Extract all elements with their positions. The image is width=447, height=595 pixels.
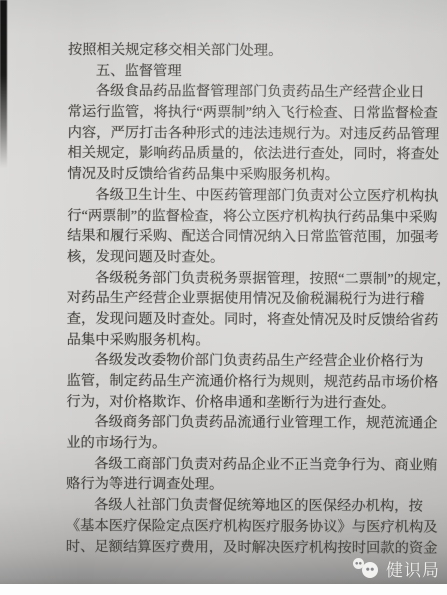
text-line: 各级卫生计生、中医药管理部门负责对公立医疗机构执 bbox=[67, 185, 423, 207]
text-line: 内容，严厉打击各种形式的违法违规行为。对违反药品管理 bbox=[68, 123, 424, 145]
text-line: 监管，制定药品生产流通价格行为规则，规范药品市场价格 bbox=[66, 371, 422, 393]
text-line: 行“两票制”的监督检查，将公立医疗机构执行药品集中采购 bbox=[67, 205, 423, 227]
page: 按照相关规定移交相关部门处理。五、监督管理各级食品药品监督管理部门负责药品生产经… bbox=[0, 0, 447, 595]
page-edge-shadow bbox=[0, 0, 7, 168]
text-line: 按照相关规定移交相关部门处理。 bbox=[68, 40, 424, 62]
text-line: 各级食品药品监督管理部门负责药品生产经营企业日 bbox=[68, 81, 424, 103]
text-line: 业的市场行为。 bbox=[66, 433, 422, 455]
text-line: 品集中采购服务机构。 bbox=[67, 330, 423, 352]
watermark: 健识局 bbox=[353, 556, 440, 580]
text-line: 对药品生产经营企业票据使用情况及偷税漏税行为进行稽 bbox=[67, 288, 423, 310]
text-line: 五、监督管理 bbox=[68, 61, 424, 83]
text-line: 各级发改委物价部门负责药品生产经营企业价格行为 bbox=[67, 350, 423, 372]
text-line: 相关规定，影响药品质量的，依法进行查处，同时，将查处 bbox=[67, 143, 423, 165]
text-line: 各级税务部门负责税务票据管理，按照“二票制”的规定， bbox=[67, 268, 423, 290]
text-line: 结果和履行采购、配送合同情况纳入日常监管范围，加强考 bbox=[67, 226, 423, 248]
text-line: 行为，对价格欺诈、价格串通和垄断行为进行查处。 bbox=[66, 392, 422, 414]
jianshiju-chat-bubbles-icon bbox=[353, 557, 381, 579]
text-line: 各级商务部门负责药品流通行业管理工作，规范流通企 bbox=[66, 412, 422, 434]
text-line: 各级人社部门负责督促统筹地区的医保经办机构，按 bbox=[66, 495, 422, 517]
text-line: 《基本医疗保险定点医疗机构医疗服务协议》与医疗机构及 bbox=[66, 516, 422, 538]
text-line: 情况及时反馈给省药品集中采购服务机构。 bbox=[67, 164, 423, 186]
text-line: 各级工商部门负责对药品企业不正当竞争行为、商业贿 bbox=[66, 454, 422, 476]
document-text: 按照相关规定移交相关部门处理。五、监督管理各级食品药品监督管理部门负责药品生产经… bbox=[66, 40, 424, 559]
text-line: 查，发现问题及时查处。同时，将查处情况及时反馈给省药 bbox=[67, 309, 423, 331]
text-line: 常运行监管，将执行“两票制”纳入飞行检查、日常监督检查 bbox=[68, 102, 424, 124]
watermark-label: 健识局 bbox=[386, 556, 440, 581]
text-line: 核，发现问题及时查处。 bbox=[67, 247, 423, 269]
bottom-margin bbox=[0, 584, 447, 595]
document-photo: 按照相关规定移交相关部门处理。五、监督管理各级食品药品监督管理部门负责药品生产经… bbox=[0, 0, 447, 584]
text-line: 赂行为等进行调查处理。 bbox=[66, 474, 422, 496]
